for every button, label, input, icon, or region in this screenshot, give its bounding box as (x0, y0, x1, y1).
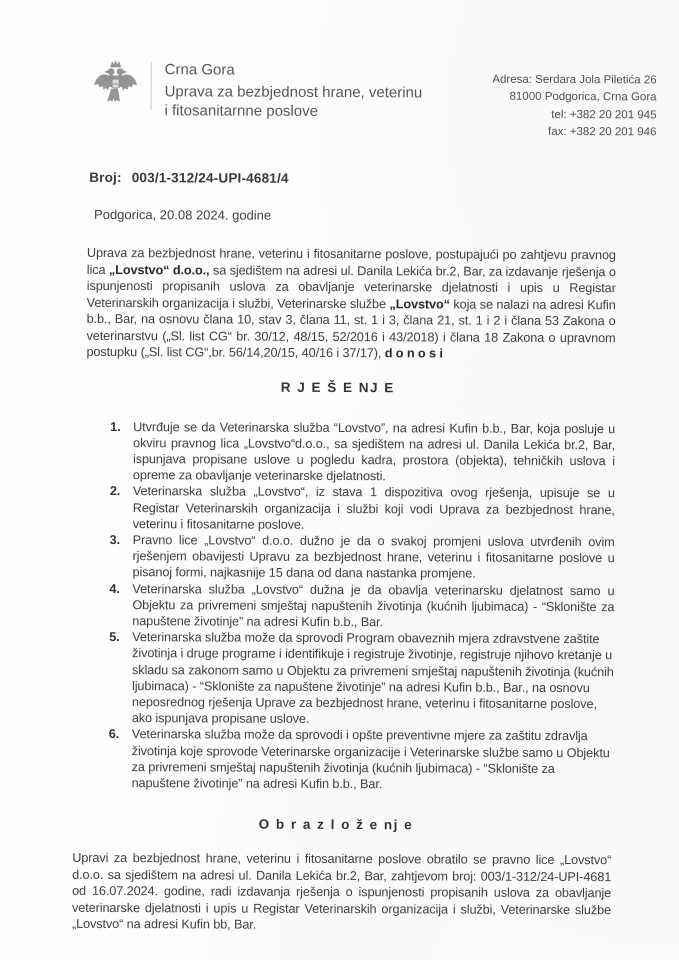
address-fax: fax: +382 20 201 946 (492, 123, 656, 141)
item-text: Veterinarska služba „Lovstvo“, iz stava … (133, 483, 615, 534)
address-city: 81000 Podgorica, Crna Gora (492, 89, 656, 107)
item-text: Veterinarska služba „Lovstvo“ dužna je d… (132, 581, 614, 632)
item-number: 6. (109, 726, 132, 791)
item-text: Veterinarska služba može da sprovodi Pro… (132, 629, 614, 728)
letterhead: Crna Gora Uprava za bezbjednost hrane, v… (0, 0, 679, 141)
decision-item: 4.Veterinarska služba „Lovstvo“ dužna je… (109, 581, 614, 632)
item-number: 3. (109, 532, 132, 581)
address-block: Adresa: Serdara Jola Piletića 26 81000 P… (492, 61, 657, 142)
decision-item: 6.Veterinarska služba može da sprovodi i… (109, 726, 614, 793)
bold-text-segment: d o n o s i (385, 346, 443, 360)
decision-item: 3.Pravno lice „Lovstvo“ d.o.o. dužno je … (109, 532, 614, 583)
address-street: Adresa: Serdara Jola Piletića 26 (492, 72, 656, 90)
scanned-sheet: Crna Gora Uprava za bezbjednost hrane, v… (0, 0, 679, 935)
letterhead-divider (151, 62, 152, 110)
document-number-label: Broj: (89, 170, 122, 185)
address-tel: tel: +382 20 201 945 (492, 106, 656, 124)
item-text: Pravno lice „Lovstvo“ d.o.o. dužno je da… (132, 532, 614, 583)
item-number: 2. (110, 483, 133, 532)
item-number: 1. (110, 419, 133, 484)
agency-name-line1: Uprava za bezbjednost hrane, veterinu (165, 82, 423, 102)
rationale-title: O b r a z l o ž e nj e (26, 816, 645, 834)
place-date: Podgorica, 20.08 2024. godine (94, 207, 678, 225)
country-name: Crna Gora (165, 60, 423, 80)
document-page: Crna Gora Uprava za bezbjednost hrane, v… (0, 0, 679, 960)
montenegro-coat-of-arms-icon (93, 59, 137, 117)
intro-paragraph: Uprava za bezbjednost hrane, veterinu i … (86, 245, 615, 363)
agency-block: Crna Gora Uprava za bezbjednost hrane, v… (164, 59, 422, 122)
document-number-value: 003/1-312/24-UPI-4681/4 (132, 170, 289, 186)
bold-text-segment: „Lovstvo“ (389, 297, 449, 311)
decision-item: 1.Utvrđuje se da Veterinarska služba “Lo… (110, 419, 615, 486)
item-number: 4. (109, 581, 132, 630)
item-text: Utvrđuje se da Veterinarska služba “Lovs… (133, 419, 615, 486)
bold-text-segment: „Lovstvo“ d.o.o., (109, 262, 210, 276)
item-text: Veterinarska služba može da sprovodi i o… (132, 726, 614, 793)
decision-item: 2.Veterinarska služba „Lovstvo“, iz stav… (110, 483, 615, 534)
decision-items: 1.Utvrđuje se da Veterinarska služba “Lo… (109, 419, 616, 794)
agency-name-line2: i fitosanitarnne poslove (164, 102, 422, 122)
item-number: 5. (109, 629, 132, 726)
decision-title: R J E Š E NJ E (28, 378, 647, 396)
decision-item: 5.Veterinarska služba može da sprovodi P… (109, 629, 614, 728)
rationale-paragraph: Upravi za bezbjednost hrane, veterinu i … (72, 850, 611, 935)
text-segment: Upravi za bezbjednost hrane, veterinu i … (72, 851, 611, 932)
document-number-line: Broj:003/1-312/24-UPI-4681/4 (89, 170, 678, 188)
